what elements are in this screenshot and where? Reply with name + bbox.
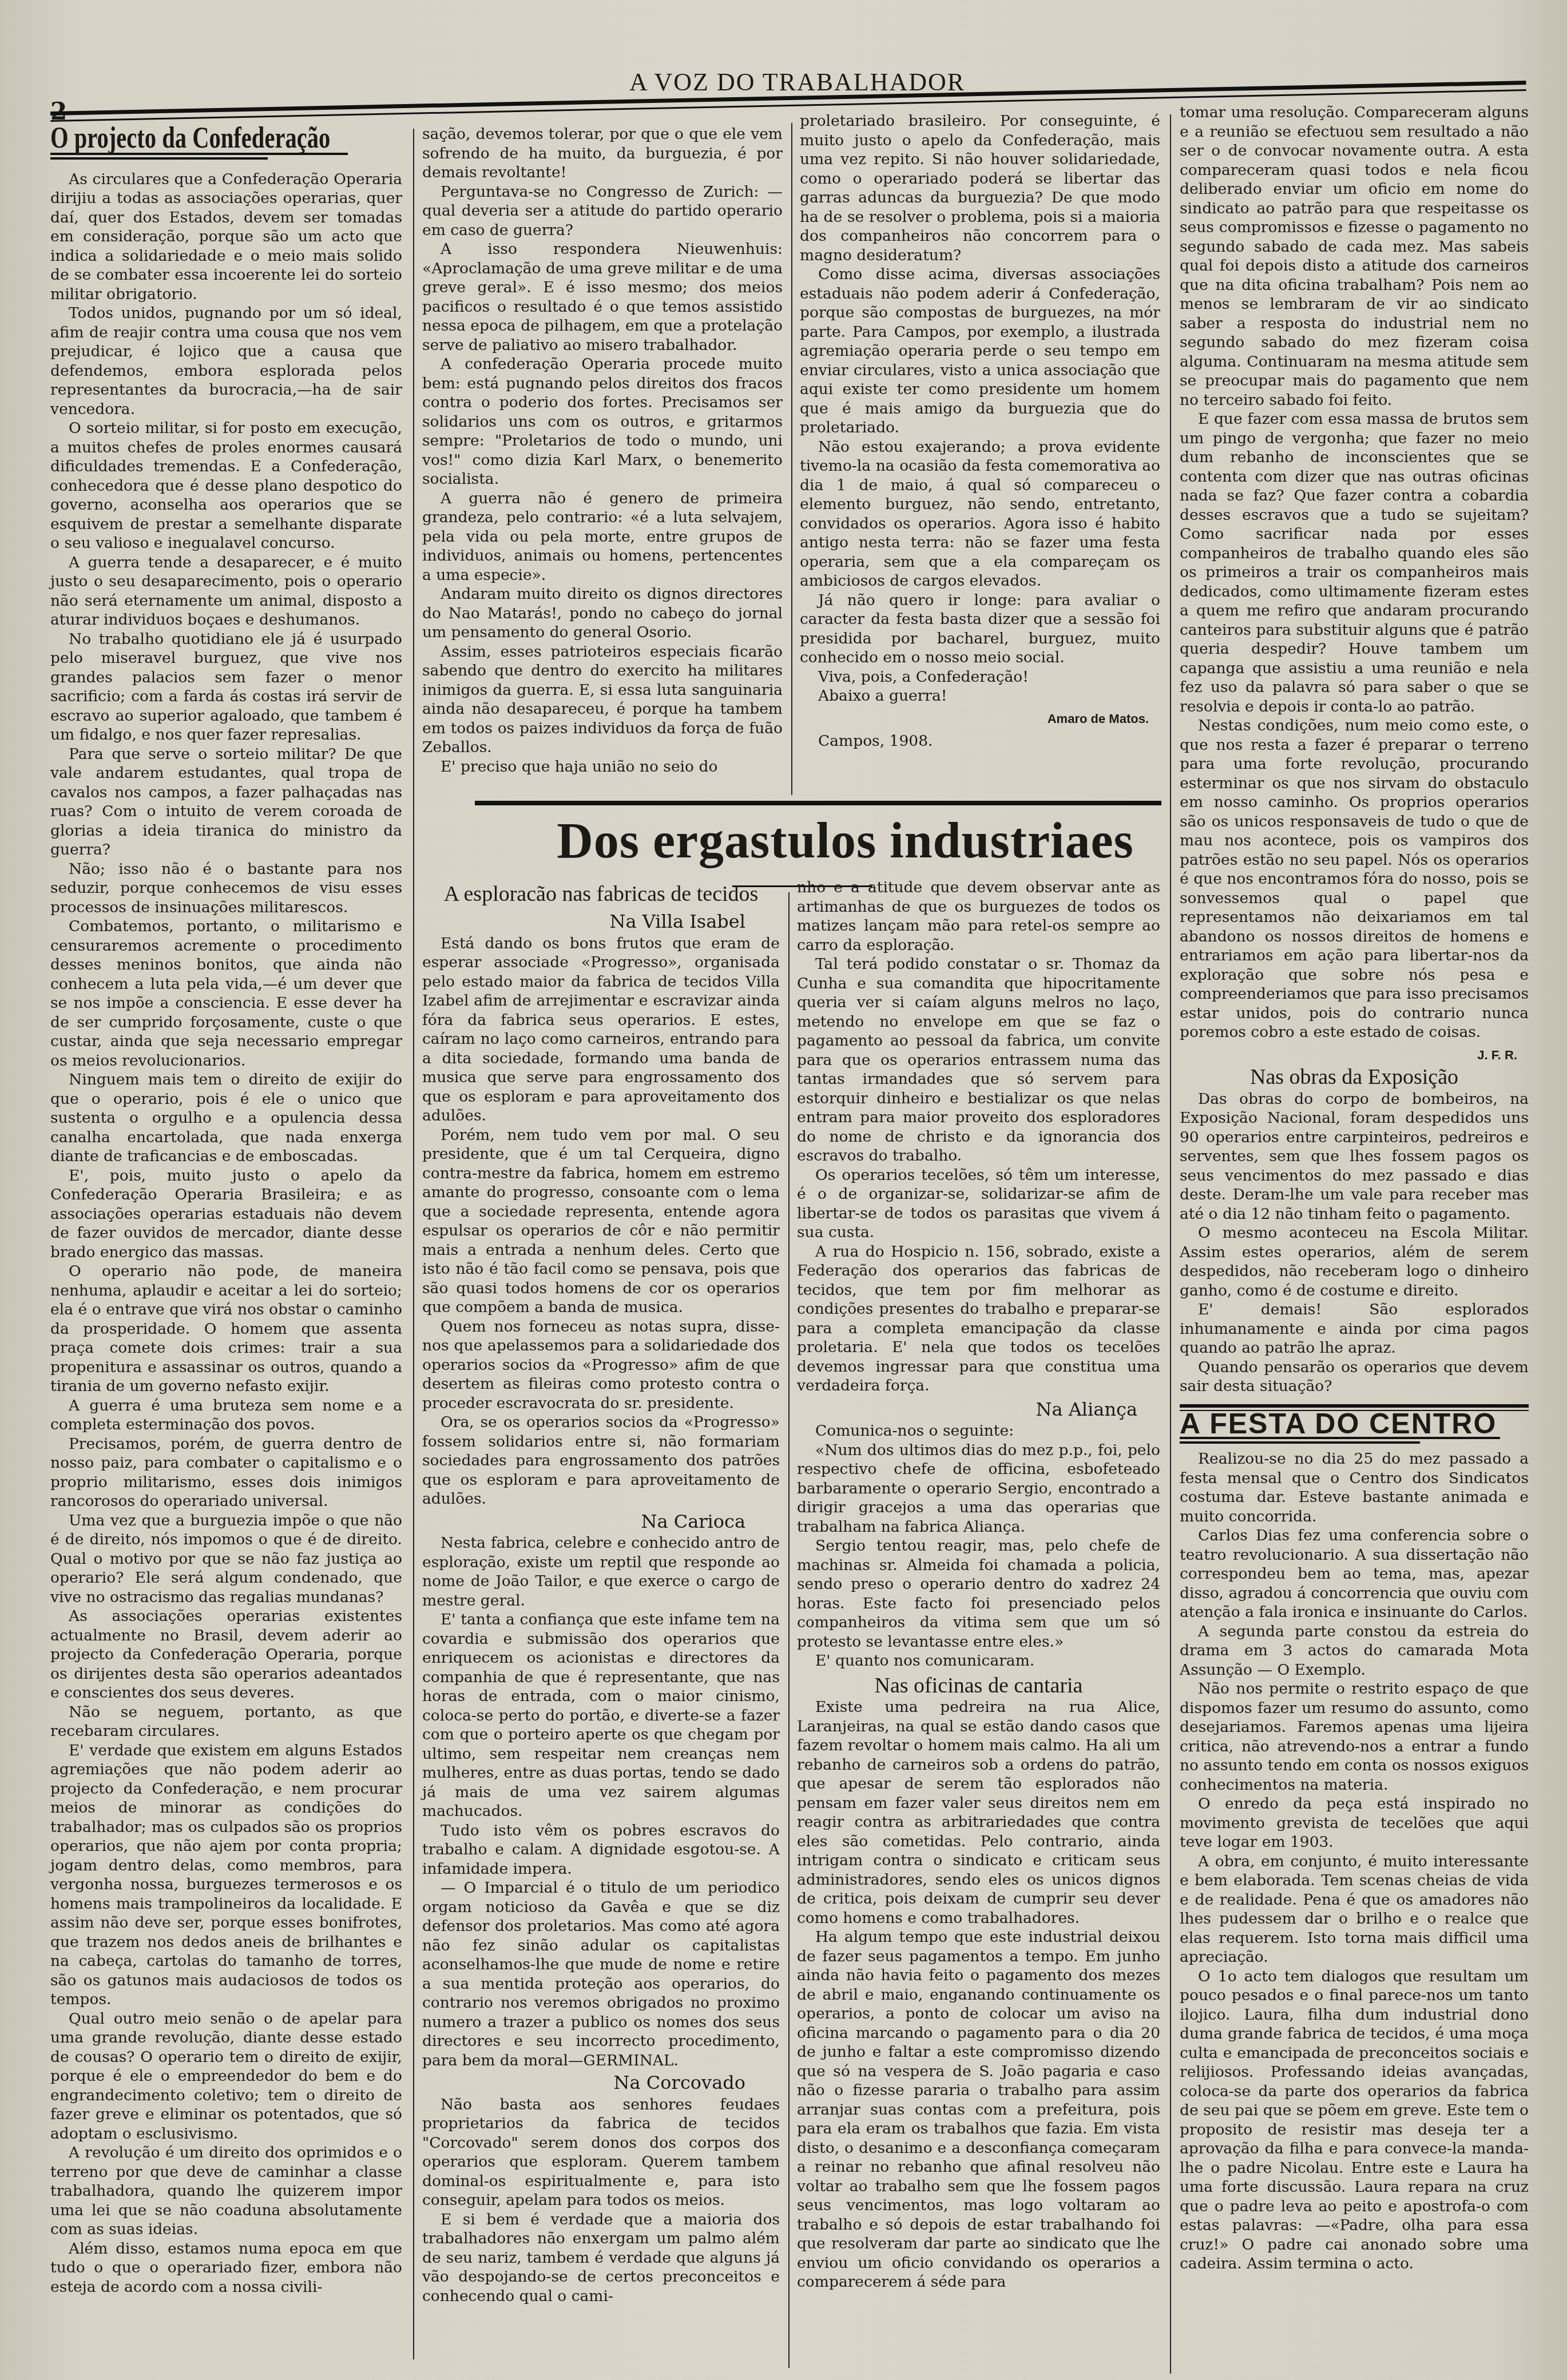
paragraph: Qual outro meio senão o de apelar para u… [50,2009,402,2144]
paragraph: Perguntava-se no Congresso de Zurich: —q… [422,182,783,240]
paragraph: A isso respondera Nieuwenhuis: «Aproclam… [422,240,783,355]
article-signature: J. F. R. [1180,1046,1517,1065]
section-rule [475,801,1161,805]
paragraph: E que fazer com essa massa de brutos sem… [1180,410,1529,716]
paragraph: Abaixo a guerra! [800,686,1160,706]
paragraph: E' quanto nos comunicaram. [797,1651,1160,1671]
paragraph: A confederação Operaria procede muito be… [422,355,783,489]
column-divider [1170,114,1171,2374]
paragraph: Uma vez que a burguezia impõe o que não … [50,1511,402,1607]
paragraph: E' preciso que haja união no seio do [422,757,783,777]
section-heading: Na Aliança [797,1400,1160,1420]
article-subtitle: A esploracão nas fabricas de tecidos [422,881,780,907]
paragraph: Todos unidos, pugnando por um só ideal, … [50,304,402,419]
paragraph: Ninguem mais tem o direito de exijir do … [50,1070,402,1166]
paragraph: Não nos permite o restrito espaço de que… [1180,1679,1529,1794]
paragraph: Comunica-nos o seguinte: [797,1421,1160,1441]
paragraph: Ora, se os operarios socios da «Progress… [422,1413,780,1509]
title-rule [1180,1441,1420,1444]
article-confederacao-col2: sação, devemos tolerar, por que o que el… [422,125,783,776]
paragraph: Para que serve o sorteio militar? De que… [50,745,402,860]
title-rule [50,157,268,160]
banner-headline: Dos ergastulos industriaes [478,812,1213,870]
paragraph: O operario não pode, de maneira nenhuma,… [50,1262,402,1396]
newspaper-title: A VOZ DO TRABALHADOR [629,67,965,97]
paragraph: Está dando os bons frutos que eram de es… [422,934,780,1126]
paragraph: proletariado brasileiro. Por conseguinte… [800,112,1160,265]
paragraph: O enredo da peça está inspirado no movim… [1180,1794,1529,1852]
paragraph: Tudo isto vêm os pobres escravos do trab… [422,1821,780,1879]
paragraph: E si bem é verdade que a maioria dos tra… [422,2210,780,2306]
paragraph: As associações operarias existentes actu… [50,1607,402,1703]
paragraph: Os operarios tecelões, só têm um interes… [797,1166,1160,1242]
paragraph: O sorteio militar, si for posto em execu… [50,419,402,553]
article-ergastulos-col-b: nho e a atitude que devem observar ante … [797,878,1160,2292]
paragraph: sação, devemos tolerar, por que o que el… [422,125,783,182]
paragraph: Carlos Dias fez uma conferencia sobre o … [1180,1526,1529,1622]
column-four: tomar uma resolução. Compareceram alguns… [1180,103,1529,2274]
paragraph: E' verdade que existem em alguns Estados… [50,1741,402,2009]
section-heading: Na Corcovado [422,2073,780,2093]
paragraph: E' tanta a confiança que este infame tem… [422,1610,780,1821]
column-divider [788,892,790,2368]
article-title: Nas obras da Exposição [1180,1068,1529,1087]
section-heading: Nas oficinas de cantaria [797,1676,1160,1696]
paragraph: E' demais! São esplorados inhumanamente … [1180,1300,1529,1358]
paragraph: Existe uma pedreira na rua Alice, Laranj… [797,1698,1160,1928]
paragraph: A revolução é um direito dos oprimidos e… [50,2143,402,2239]
paragraph: Não se neguem, portanto, as que recebara… [50,1703,402,1741]
article-signature: Amaro de Matos. [800,709,1149,729]
paragraph: Das obras do corpo de bombeiros, na Expo… [1180,1090,1529,1224]
paragraph: Além disso, estamos numa epoca em que tu… [50,2239,402,2297]
article-confederacao-col1: O projecto da Confederação As circulares… [50,129,402,2296]
paragraph: Assim, esses patrioteiros especiais fica… [422,642,783,757]
paragraph: Não; isso não é o bastante para nos sedu… [50,860,402,917]
paragraph: Nestas condições, num meio como este, o … [1180,716,1529,1042]
section-heading: Na Carioca [422,1512,780,1532]
paragraph: nho e a atitude que devem observar ante … [797,878,1160,955]
dateline: Campos, 1908. [800,732,1160,751]
article-confederacao-col3: proletariado brasileiro. Por conseguinte… [800,112,1160,751]
paragraph: No trabalho quotidiano ele já é usurpado… [50,630,402,745]
paragraph: Não estou exajerando; a prova evidente t… [800,438,1160,591]
article-body: As circulares que a Confederação Operari… [50,170,402,2297]
paragraph: Precisamos, porém, de guerra dentro de n… [50,1435,402,1511]
paragraph: «Num dos ultimos dias do mez p.p., foi, … [797,1441,1160,1537]
paragraph: Porém, nem tudo vem por mal. O seu presi… [422,1126,780,1317]
paragraph: Realizou-se no dia 25 do mez passado a f… [1180,1449,1529,1526]
paragraph: Ha algum tempo que este industrial deixo… [797,1928,1160,2292]
paragraph: O 1o acto tem dialogos que resultam um p… [1180,1967,1529,2274]
paragraph: — O Imparcial é o titulo de um periodico… [422,1878,780,2070]
paragraph: Não basta aos senhores feudaes proprieta… [422,2095,780,2210]
column-divider [791,123,792,795]
paragraph: A segunda parte constou da estreia do dr… [1180,1622,1529,1680]
section-heading: Na Villa Isabel [422,912,780,932]
paragraph: O mesmo aconteceu na Escola Militar. Ass… [1180,1223,1529,1300]
paragraph: Sergio tentou reagir, mas, pelo chefe de… [797,1536,1160,1651]
paragraph: A guerra é uma bruteza sem nome e a comp… [50,1396,402,1435]
paragraph: Andaram muito direito os dignos director… [422,585,783,642]
paragraph: As circulares que a Confederação Operari… [50,170,402,304]
paragraph: Quem nos forneceu as notas supra, disse-… [422,1317,780,1413]
paragraph: Combatemos, portanto, o militarismo e ce… [50,917,402,1070]
column-divider [413,129,414,2359]
newspaper-page: 2 A VOZ DO TRABALHADOR O projecto da Con… [0,0,1567,2380]
paragraph: Quando pensarão os operarios que devem s… [1180,1358,1529,1396]
paragraph: Já não quero ir longe: para avaliar o ca… [800,591,1160,667]
article-title: A FESTA DO CENTRO [1180,1415,1529,1434]
paragraph: Viva, pois, a Confederação! [800,667,1160,687]
paragraph: A obra, em conjunto, é muito interessant… [1180,1852,1529,1967]
paragraph: A guerra tende a desaparecer, e é muito … [50,553,402,630]
paragraph: A rua do Hospicio n. 156, sobrado, exist… [797,1242,1160,1396]
article-title: O projecto da Confederação [50,129,325,148]
paragraph: tomar uma resolução. Compareceram alguns… [1180,103,1529,410]
paragraph: Como disse acima, diversas associações e… [800,265,1160,438]
paragraph: Tal terá podido constatar o sr. Thomaz d… [797,955,1160,1166]
paragraph: E', pois, muito justo o apelo da Confede… [50,1166,402,1262]
paragraph: A guerra não é genero de primeira grande… [422,489,783,585]
paragraph: Nesta fabrica, celebre e conhecido antro… [422,1533,780,1610]
article-ergastulos-col-a: A esploracão nas fabricas de tecidos Na … [422,878,780,2306]
